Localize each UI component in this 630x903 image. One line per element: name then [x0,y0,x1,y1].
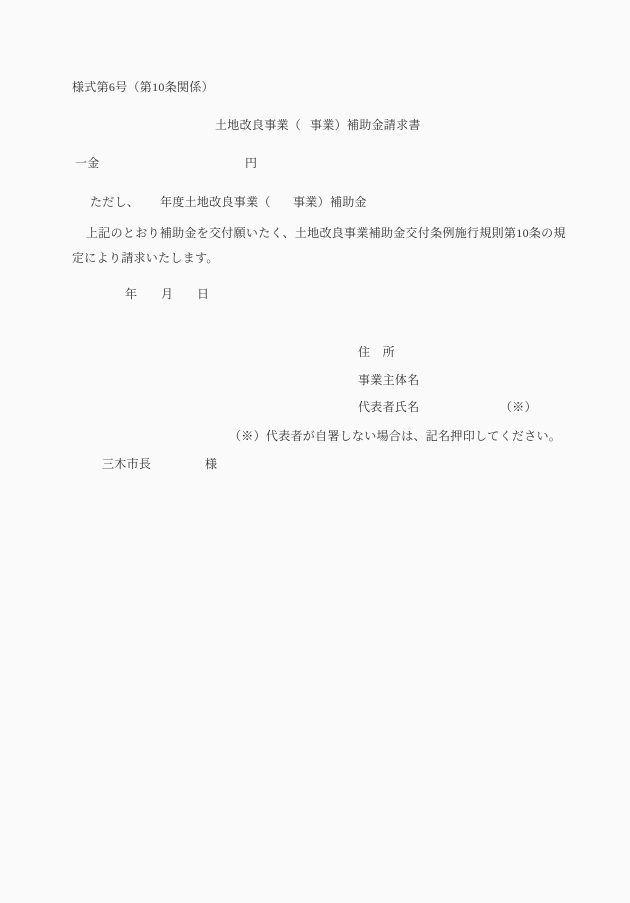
proviso-tail: 事業）補助金 [293,195,367,209]
document-title-right: 事業）補助金請求書 [310,118,421,132]
proviso-middle: 年度土地改良事業（ [160,195,271,209]
signature-representative-label: 代表者氏名 [358,400,420,414]
signature-address-label: 住 所 [358,345,395,359]
date-day-label: 日 [197,287,209,301]
date-month-label: 月 [161,287,173,301]
signature-seal-mark: （※） [500,400,537,414]
date-year-label: 年 [125,287,137,301]
addressee-name: 三木市長 [102,457,151,471]
signature-entity-label: 事業主体名 [358,373,420,387]
body-line1: 上記のとおり補助金を交付願いたく、土地改良事業補助金交付条例施行規則第10条の規 [86,226,566,240]
addressee-honorific: 様 [205,457,217,471]
document-page: 様式第6号（第10条関係） 土地改良事業（ 事業）補助金請求書 一金 円 ただし… [0,0,630,903]
proviso-lead: ただし、 [90,195,139,209]
amount-unit: 円 [245,156,257,170]
body-line2: 定により請求いたします。 [72,251,219,265]
seal-note: （※）代表者が自署しない場合は、記名押印してください。 [229,429,561,443]
form-number: 様式第6号（第10条関係） [72,80,214,94]
amount-label: 一金 [75,156,100,170]
document-title-left: 土地改良事業（ [215,118,301,132]
